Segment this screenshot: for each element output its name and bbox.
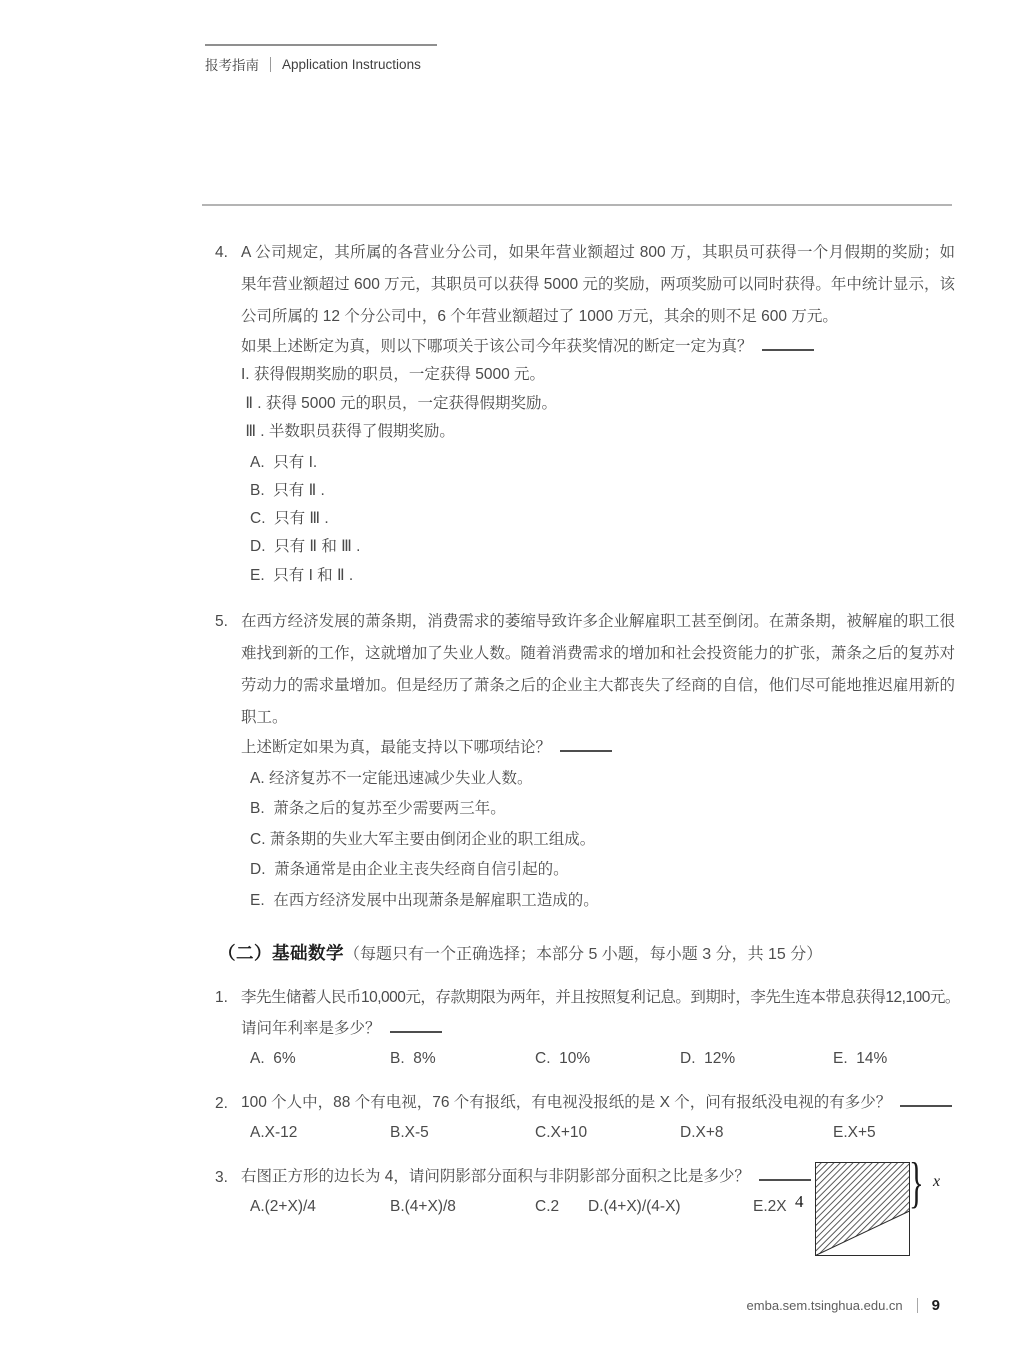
option-list: A. 只有 I. B. 只有 Ⅱ . C. 只有 Ⅲ . D. 只有 Ⅱ 和 Ⅲ…: [241, 449, 955, 590]
math-question-3: 3. 右图正方形的边长为 4，请问阴影部分面积与非阴影部分面积之比是多少？ A.…: [215, 1162, 955, 1222]
option-e: E. 在西方经济发展中出现萧条是解雇职工造成的。: [241, 886, 955, 916]
question-prompt: 上述断定如果为真，最能支持以下哪项结论？: [241, 739, 551, 756]
option-a: A.X-12: [250, 1118, 390, 1148]
figure-brace-label: x: [933, 1173, 940, 1191]
statement-list: I. 获得假期奖励的职员，一定获得 5000 元。 Ⅱ . 获得 5000 元的…: [241, 361, 955, 447]
footer-url: emba.sem.tsinghua.edu.cn: [747, 1298, 903, 1313]
shaded-square-figure: 4 } x: [793, 1162, 963, 1262]
question-stem: A 公司规定，其所属的各营业分公司，如果年营业额超过 800 万，其职员可获得一…: [241, 237, 955, 333]
option-c: C. 只有 Ⅲ .: [241, 505, 955, 533]
question-prompt: 如果上述断定为真，则以下哪项关于该公司今年获奖情况的断定一定为真？: [241, 338, 753, 355]
option-row: A. 6% B. 8% C. 10% D. 12% E. 14%: [241, 1044, 955, 1074]
section-title: （二）基础数学: [218, 943, 344, 963]
option-c: C.X+10: [535, 1118, 680, 1148]
page-number: 9: [932, 1297, 940, 1314]
document-page: 报考指南 Application Instructions 4. A 公司规定，…: [0, 0, 1024, 1365]
question-stem: 在西方经济发展的萧条期，消费需求的萎缩导致许多企业解雇职工甚至倒闭。在萧条期，被…: [241, 606, 955, 734]
math-question-2: 2. 100 个人中，88 个有电视，76 个有报纸，有电视没报纸的是 X 个，…: [215, 1088, 955, 1148]
question-prompt: 请问年利率是多少？: [241, 1020, 381, 1037]
question-number: 1.: [215, 982, 241, 1074]
question-number: 2.: [215, 1088, 241, 1148]
option-e: E.X+5: [833, 1118, 955, 1148]
option-d: D. 萧条通常是由企业主丧失经商自信引起的。: [241, 855, 955, 885]
statement-item: Ⅲ . 半数职员获得了假期奖励。: [241, 418, 955, 447]
option-c: C. 10%: [535, 1044, 680, 1074]
answer-blank: [762, 349, 814, 351]
option-b: B.(4+X)/8: [390, 1192, 535, 1222]
header-title-en: Application Instructions: [282, 57, 421, 72]
question-stem: 李先生储蓄人民币10,000元，存款期限为两年，并且按照复利记息。到期时，李先生…: [241, 982, 955, 1014]
answer-blank: [560, 750, 612, 752]
question-stem: 右图正方形的边长为 4，请问阴影部分面积与非阴影部分面积之比是多少？: [241, 1168, 750, 1185]
option-b: B. 只有 Ⅱ .: [241, 477, 955, 505]
brace-right-icon: }: [909, 1155, 924, 1211]
header-title-zh: 报考指南: [205, 54, 259, 74]
option-e: E.2X: [753, 1192, 787, 1222]
logic-question-5: 5. 在西方经济发展的萧条期，消费需求的萎缩导致许多企业解雇职工甚至倒闭。在萧条…: [215, 606, 955, 916]
section-note: （每题只有一个正确选择；本部分 5 小题，每小题 3 分，共 15 分）: [344, 946, 822, 963]
statement-item: I. 获得假期奖励的职员，一定获得 5000 元。: [241, 361, 955, 390]
math-question-1: 1. 李先生储蓄人民币10,000元，存款期限为两年，并且按照复利记息。到期时，…: [215, 982, 955, 1074]
header-rule: [205, 44, 437, 46]
answer-blank: [900, 1105, 952, 1107]
page-footer: emba.sem.tsinghua.edu.cn 9: [747, 1297, 940, 1314]
option-d: D.(4+X)/(4-X): [588, 1192, 753, 1222]
option-row: A.X-12 B.X-5 C.X+10 D.X+8 E.X+5: [241, 1118, 955, 1148]
question-number: 4.: [215, 237, 241, 590]
statement-item: Ⅱ . 获得 5000 元的职员，一定获得假期奖励。: [241, 390, 955, 419]
option-b: B.X-5: [390, 1118, 535, 1148]
page-header: 报考指南 Application Instructions: [205, 44, 437, 74]
option-list: A. 经济复苏不一定能迅速减少失业人数。 B. 萧条之后的复苏至少需要两三年。 …: [241, 764, 955, 916]
page-content: 4. A 公司规定，其所属的各营业分公司，如果年营业额超过 800 万，其职员可…: [215, 237, 955, 1222]
option-c: C. 萧条期的失业大军主要由倒闭企业的职工组成。: [241, 825, 955, 855]
option-e: E. 14%: [833, 1044, 955, 1074]
option-d: D. 只有 Ⅱ 和 Ⅲ .: [241, 533, 955, 561]
question-number: 5.: [215, 606, 241, 916]
option-c: C.2: [535, 1192, 588, 1222]
square-diagram: [815, 1162, 910, 1256]
option-b: B. 萧条之后的复苏至少需要两三年。: [241, 794, 955, 824]
footer-divider: [917, 1298, 918, 1313]
math-section-heading: （二）基础数学（每题只有一个正确选择；本部分 5 小题，每小题 3 分，共 15…: [215, 940, 955, 968]
option-a: A. 经济复苏不一定能迅速减少失业人数。: [241, 764, 955, 794]
question-stem: 100 个人中，88 个有电视，76 个有报纸，有电视没报纸的是 X 个，问有报…: [241, 1094, 891, 1111]
option-e: E. 只有 I 和 Ⅱ .: [241, 562, 955, 590]
option-d: D. 12%: [680, 1044, 833, 1074]
question-number: 3.: [215, 1162, 241, 1222]
section-divider-rule: [202, 204, 952, 206]
option-a: A.(2+X)/4: [250, 1192, 390, 1222]
header-divider: [270, 57, 271, 72]
answer-blank: [390, 1031, 442, 1033]
option-a: A. 6%: [250, 1044, 390, 1074]
option-a: A. 只有 I.: [241, 449, 955, 477]
option-d: D.X+8: [680, 1118, 833, 1148]
figure-side-label: 4: [795, 1192, 804, 1212]
logic-question-4: 4. A 公司规定，其所属的各营业分公司，如果年营业额超过 800 万，其职员可…: [215, 237, 955, 590]
option-b: B. 8%: [390, 1044, 535, 1074]
